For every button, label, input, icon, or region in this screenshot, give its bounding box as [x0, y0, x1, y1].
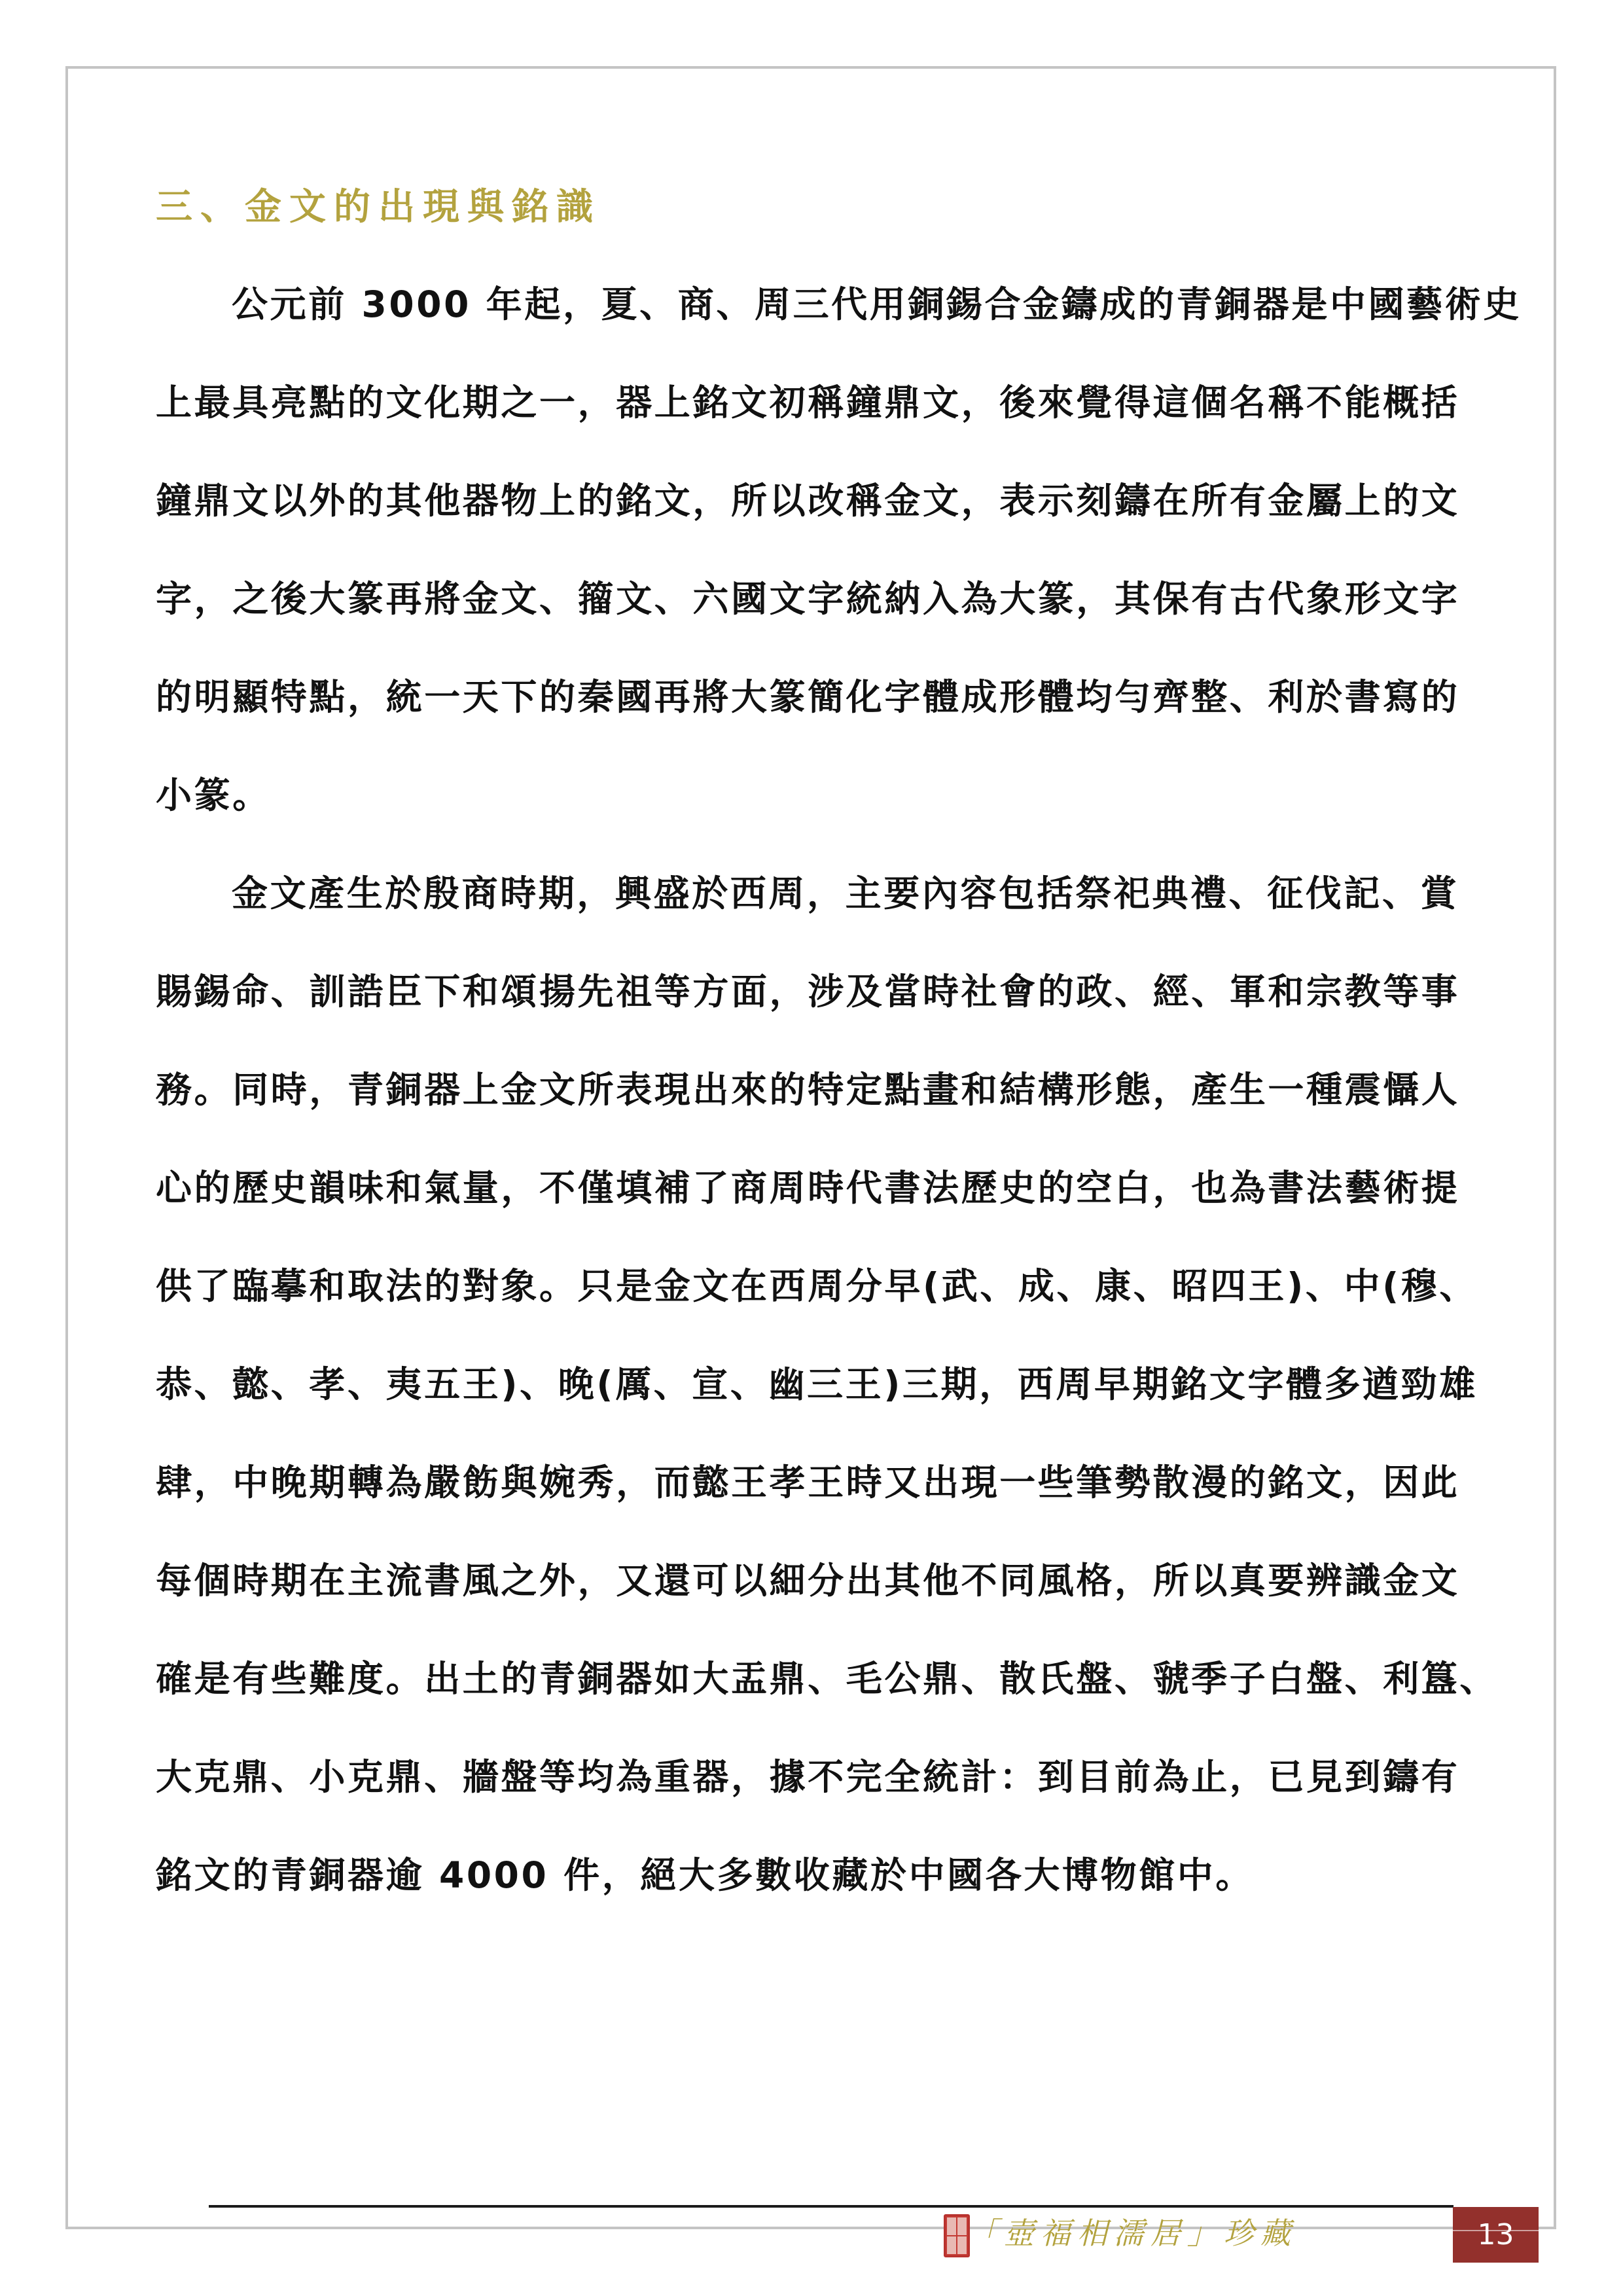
text-line: 公元前 3000 年起，夏、商、周三代用銅錫合金鑄成的青銅器是中國藝術史 — [156, 275, 1458, 373]
text-line: 金文產生於殷商時期，興盛於西周，主要內容包括祭祀典禮、征伐記、賞 — [156, 864, 1458, 962]
page-number: 13 — [1453, 2207, 1539, 2263]
text-line: 小篆。 — [156, 766, 1458, 864]
text-line: 確是有些難度。出土的青銅器如大盂鼎、毛公鼎、散氏盤、虢季子白盤、利簋、 — [156, 1649, 1458, 1748]
text-line: 務。同時，青銅器上金文所表現出來的特定點畫和結構形態，產生一種震懾人 — [156, 1060, 1458, 1158]
seal-quadrant — [957, 2217, 967, 2235]
footer-brand: 「壺福相濡居」珍藏 — [967, 2210, 1297, 2253]
section-heading: 三、金文的出現與銘識 — [156, 178, 601, 230]
text-line: 字，之後大篆再將金文、籀文、六國文字統納入為大篆，其保有古代象形文字 — [156, 569, 1458, 668]
seal-stamp-icon — [944, 2214, 970, 2257]
text-line: 銘文的青銅器逾 4000 件，絕大多數收藏於中國各大博物館中。 — [156, 1846, 1458, 1944]
text-line: 賜錫命、訓誥臣下和頌揚先祖等方面，涉及當時社會的政、經、軍和宗教等事 — [156, 962, 1458, 1060]
text-line: 供了臨摹和取法的對象。只是金文在西周分早(武、成、康、昭四王)、中(穆、 — [156, 1257, 1458, 1355]
text-line: 恭、懿、孝、夷五王)、晚(厲、宣、幽三王)三期，西周早期銘文字體多遒勁雄 — [156, 1355, 1458, 1453]
seal-quadrant — [947, 2236, 956, 2254]
text-line: 鐘鼎文以外的其他器物上的銘文，所以改稱金文，表示刻鑄在所有金屬上的文 — [156, 471, 1458, 569]
text-line: 大克鼎、小克鼎、牆盤等均為重器，據不完全統計：到目前為止，已見到鑄有 — [156, 1748, 1458, 1846]
footer-divider — [209, 2205, 1454, 2208]
article-body: 公元前 3000 年起，夏、商、周三代用銅錫合金鑄成的青銅器是中國藝術史 上最具… — [156, 275, 1458, 1944]
text-line: 肆，中晚期轉為嚴飭與婉秀，而懿王孝王時又出現一些筆勢散漫的銘文，因此 — [156, 1453, 1458, 1551]
text-line: 的明顯特點，統一天下的秦國再將大篆簡化字體成形體均勻齊整、利於書寫的 — [156, 668, 1458, 766]
paragraph-1: 公元前 3000 年起，夏、商、周三代用銅錫合金鑄成的青銅器是中國藝術史 上最具… — [156, 275, 1458, 864]
seal-quadrant — [947, 2217, 956, 2235]
paragraph-2: 金文產生於殷商時期，興盛於西周，主要內容包括祭祀典禮、征伐記、賞 賜錫命、訓誥臣… — [156, 864, 1458, 1944]
seal-quadrant — [957, 2236, 967, 2254]
text-line: 上最具亮點的文化期之一，器上銘文初稱鐘鼎文，後來覺得這個名稱不能概括 — [156, 373, 1458, 471]
text-line: 每個時期在主流書風之外，又還可以細分出其他不同風格，所以真要辨識金文 — [156, 1551, 1458, 1649]
text-line: 心的歷史韻味和氣量，不僅填補了商周時代書法歷史的空白，也為書法藝術提 — [156, 1158, 1458, 1257]
